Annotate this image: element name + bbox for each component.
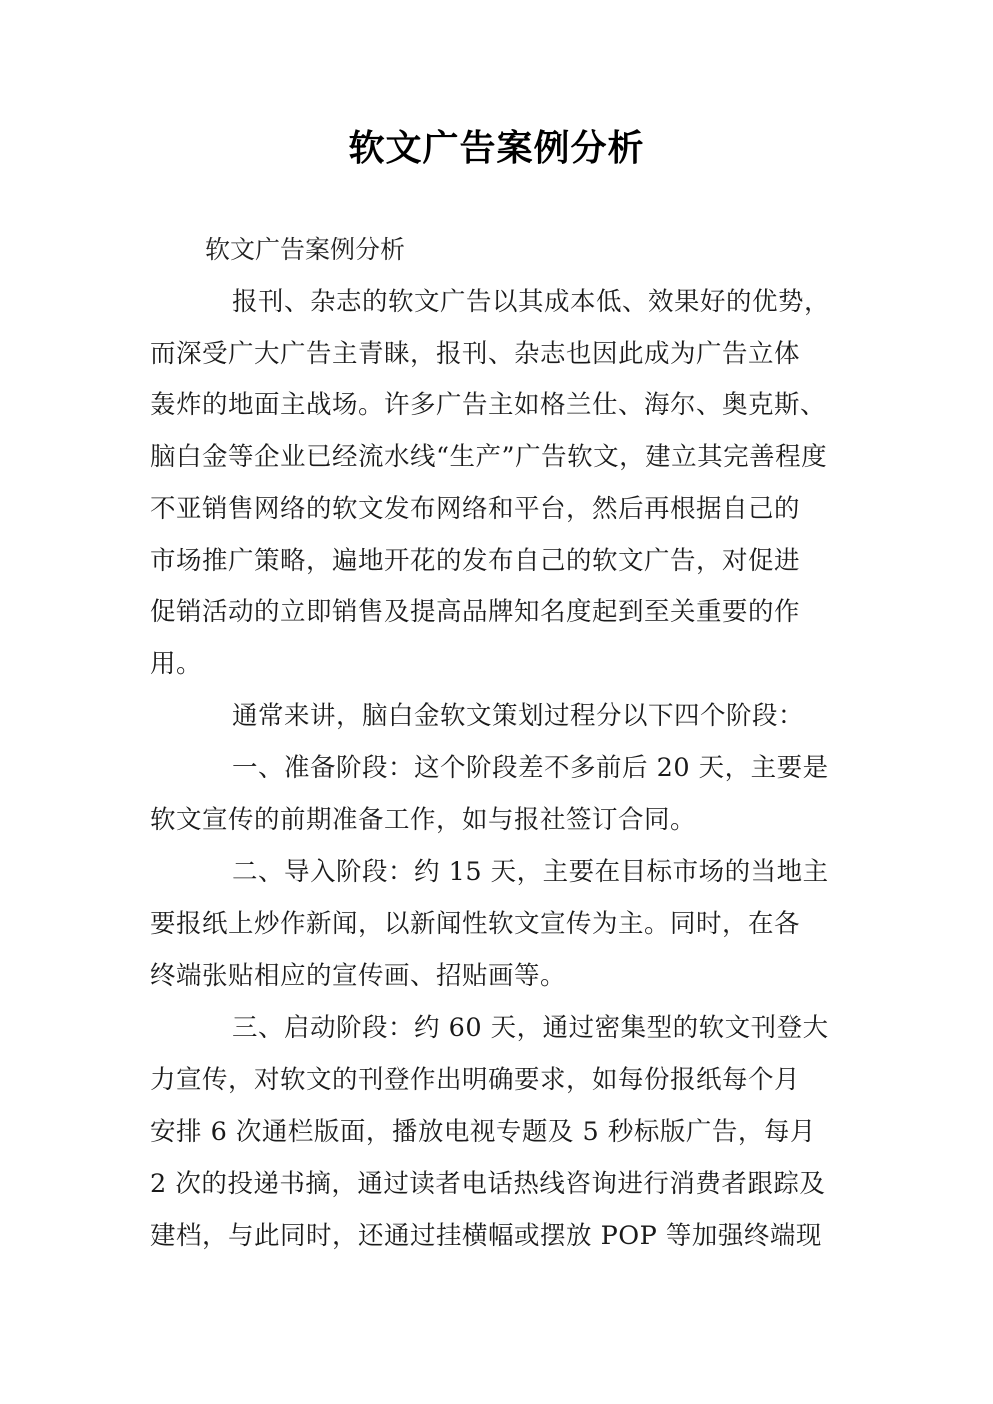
paragraph-line: 要报纸上炒作新闻，以新闻性软文宣传为主。同时，在各: [150, 904, 850, 944]
paragraph-line: 软文宣传的前期准备工作，如与报社签订合同。: [150, 800, 850, 840]
paragraph-line: 市场推广策略，遍地开花的发布自己的软文广告，对促进: [150, 541, 850, 581]
document-title: 软文广告案例分析: [0, 122, 993, 174]
paragraph-line: 2 次的投递书摘，通过读者电话热线咨询进行消费者跟踪及: [150, 1164, 850, 1204]
document-subtitle: 软文广告案例分析: [205, 230, 405, 270]
paragraph-line: 报刊、杂志的软文广告以其成本低、效果好的优势，: [232, 282, 932, 322]
paragraph-line: 通常来讲，脑白金软文策划过程分以下四个阶段：: [232, 696, 932, 736]
paragraph-line: 用。: [150, 644, 850, 684]
paragraph-line: 促销活动的立即销售及提高品牌知名度起到至关重要的作: [150, 592, 850, 632]
paragraph-line: 建档，与此同时，还通过挂横幅或摆放 POP 等加强终端现: [150, 1216, 850, 1256]
paragraph-line: 一、准备阶段：这个阶段差不多前后 20 天，主要是: [232, 748, 932, 788]
paragraph-line: 不亚销售网络的软文发布网络和平台，然后再根据自己的: [150, 489, 850, 529]
paragraph-line: 轰炸的地面主战场。许多广告主如格兰仕、海尔、奥克斯、: [150, 385, 850, 425]
document-page: 软文广告案例分析 软文广告案例分析 报刊、杂志的软文广告以其成本低、效果好的优势…: [0, 0, 993, 1404]
paragraph-line: 二、导入阶段：约 15 天，主要在目标市场的当地主: [232, 852, 932, 892]
paragraph-line: 终端张贴相应的宣传画、招贴画等。: [150, 956, 850, 996]
paragraph-line: 而深受广大广告主青睐，报刊、杂志也因此成为广告立体: [150, 334, 850, 374]
paragraph-line: 脑白金等企业已经流水线“生产”广告软文，建立其完善程度: [150, 437, 850, 477]
paragraph-line: 力宣传，对软文的刊登作出明确要求，如每份报纸每个月: [150, 1060, 850, 1100]
paragraph-line: 安排 6 次通栏版面，播放电视专题及 5 秒标版广告，每月: [150, 1112, 850, 1152]
paragraph-line: 三、启动阶段：约 60 天，通过密集型的软文刊登大: [232, 1008, 932, 1048]
